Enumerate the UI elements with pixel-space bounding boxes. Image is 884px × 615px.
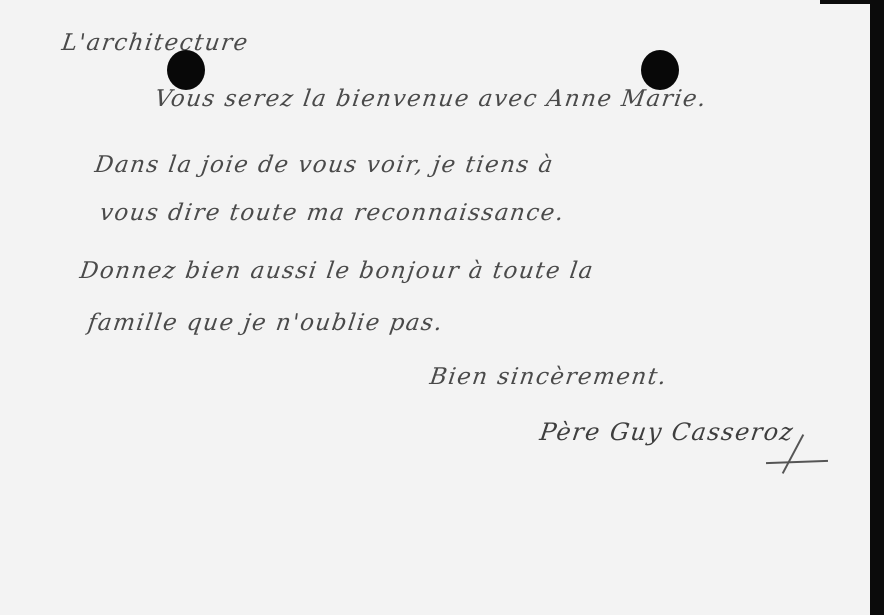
letter-line-1: Vous serez la bienvenue avec Anne Marie.: [153, 86, 709, 112]
handwritten-card: L'architecture Vous serez la bienvenue a…: [0, 0, 870, 615]
salutation-line: L'architecture: [60, 30, 250, 56]
signature: Père Guy Casseroz: [538, 418, 796, 446]
letter-line-5: famille que je n'oublie pas.: [86, 310, 445, 336]
letter-line-2: Dans la joie de vous voir, je tiens à: [93, 152, 555, 178]
letter-line-3: vous dire toute ma reconnaissance.: [98, 200, 566, 226]
scan-border-right: [870, 0, 884, 615]
letter-line-4: Donnez bien aussi le bonjour à toute la: [78, 258, 596, 284]
signature-flourish: [766, 460, 828, 464]
closing-line: Bien sincèrement.: [428, 364, 669, 390]
punch-hole-left: [167, 50, 205, 90]
punch-hole-right: [641, 50, 679, 90]
